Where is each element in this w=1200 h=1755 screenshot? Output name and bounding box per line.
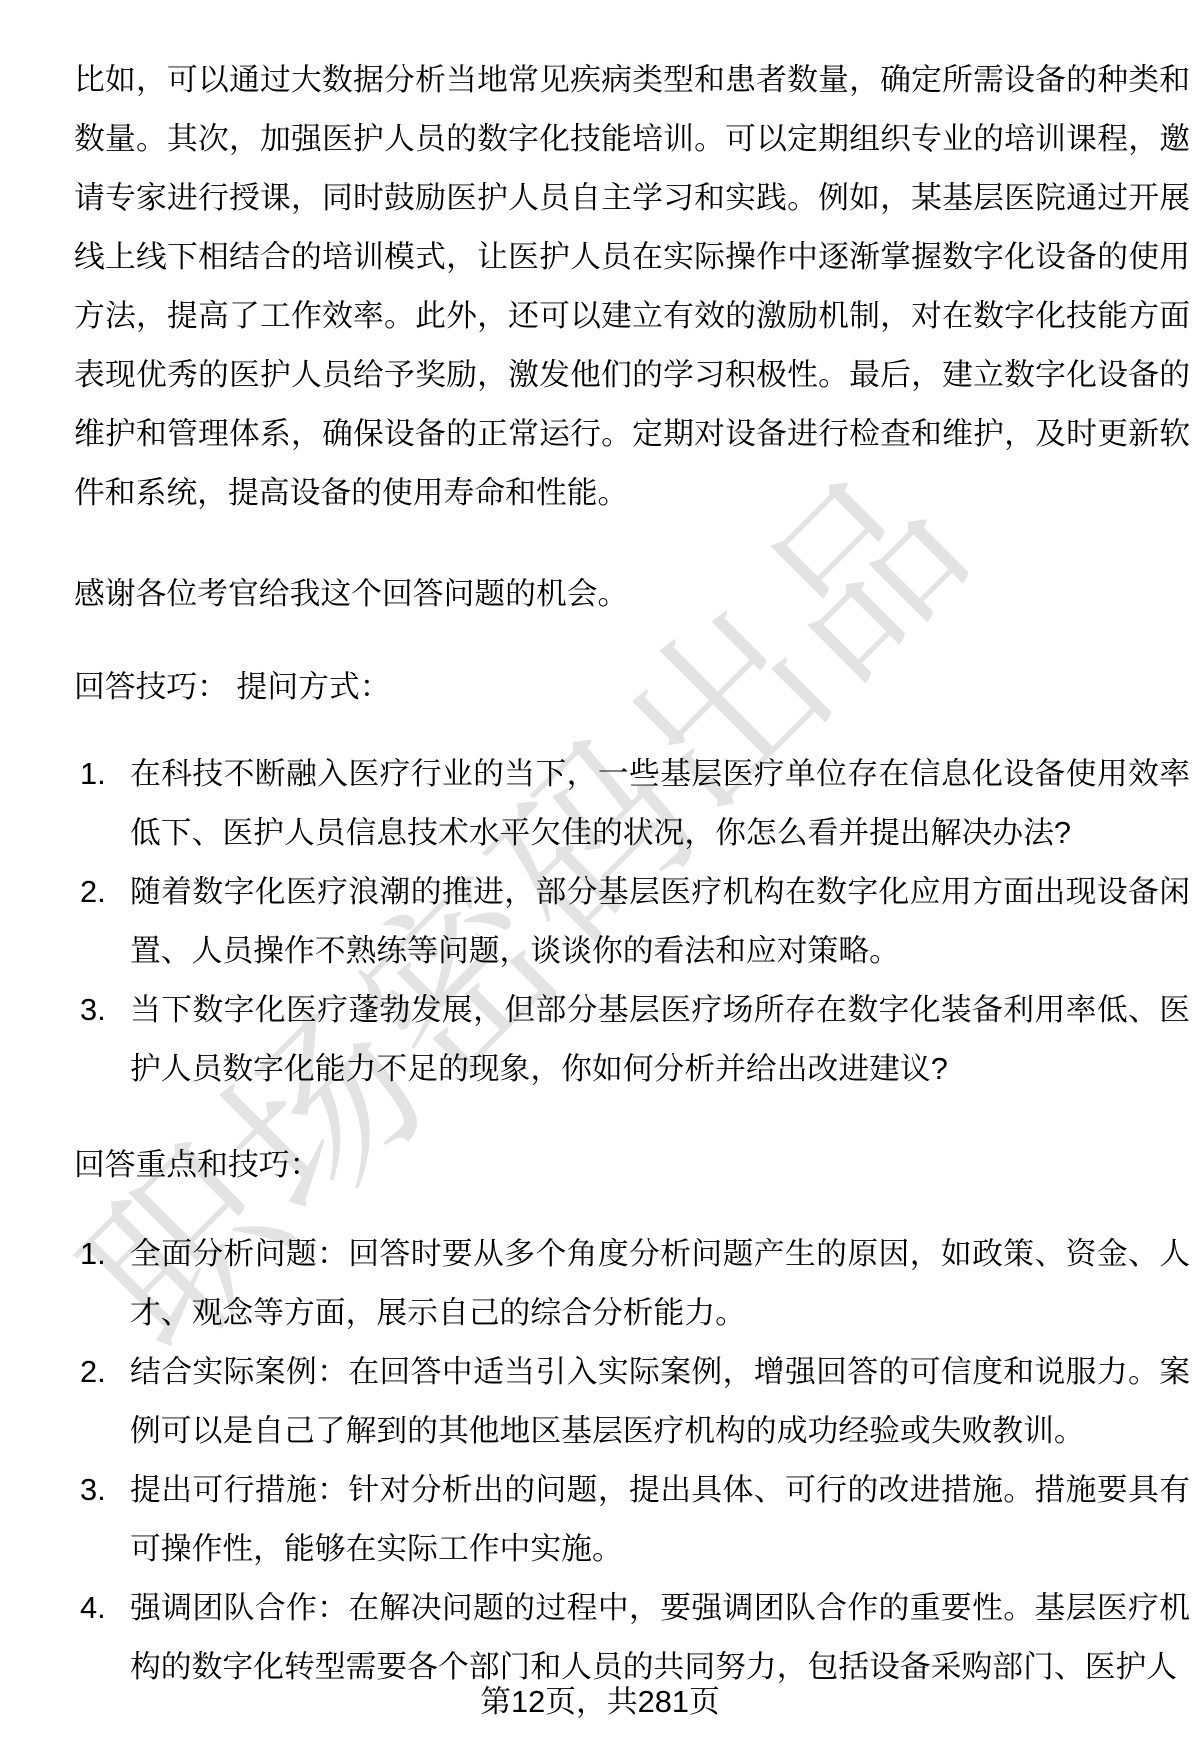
list-item: 强调团队合作：在解决问题的过程中，要强调团队合作的重要性。基层医疗机构的数字化转… [130,1578,1190,1696]
paragraph-implementation-measures: 比如，可以通过大数据分析当地常见疾病类型和患者数量，确定所需设备的种类和数量。其… [74,50,1190,522]
question-variants-list: 在科技不断融入医疗行业的当下，一些基层医疗单位存在信息化设备使用效率低下、医护人… [74,744,1190,1098]
heading-answer-keypoints: 回答重点和技巧： [74,1135,1190,1194]
heading-answer-techniques-question-methods: 回答技巧： 提问方式： [74,657,1190,716]
list-item: 随着数字化医疗浪潮的推进，部分基层医疗机构在数字化应用方面出现设备闲置、人员操作… [130,862,1190,980]
answer-keypoints-list: 全面分析问题：回答时要从多个角度分析问题产生的原因，如政策、资金、人才、观念等方… [74,1224,1190,1696]
page-number-footer: 第12页，共281页 [0,1684,1200,1720]
document-page: 职场密码出品 比如，可以通过大数据分析当地常见疾病类型和患者数量，确定所需设备的… [0,0,1200,1755]
list-item: 在科技不断融入医疗行业的当下，一些基层医疗单位存在信息化设备使用效率低下、医护人… [130,744,1190,862]
list-item: 结合实际案例：在回答中适当引入实际案例，增强回答的可信度和说服力。案例可以是自己… [130,1342,1190,1460]
page-content: 比如，可以通过大数据分析当地常见疾病类型和患者数量，确定所需设备的种类和数量。其… [74,50,1190,1696]
list-item: 当下数字化医疗蓬勃发展，但部分基层医疗场所存在数字化装备利用率低、医护人员数字化… [130,980,1190,1098]
list-item: 全面分析问题：回答时要从多个角度分析问题产生的原因，如政策、资金、人才、观念等方… [130,1224,1190,1342]
list-item: 提出可行措施：针对分析出的问题，提出具体、可行的改进措施。措施要具有可操作性，能… [130,1460,1190,1578]
paragraph-thanks-examiners: 感谢各位考官给我这个回答问题的机会。 [74,564,1190,623]
